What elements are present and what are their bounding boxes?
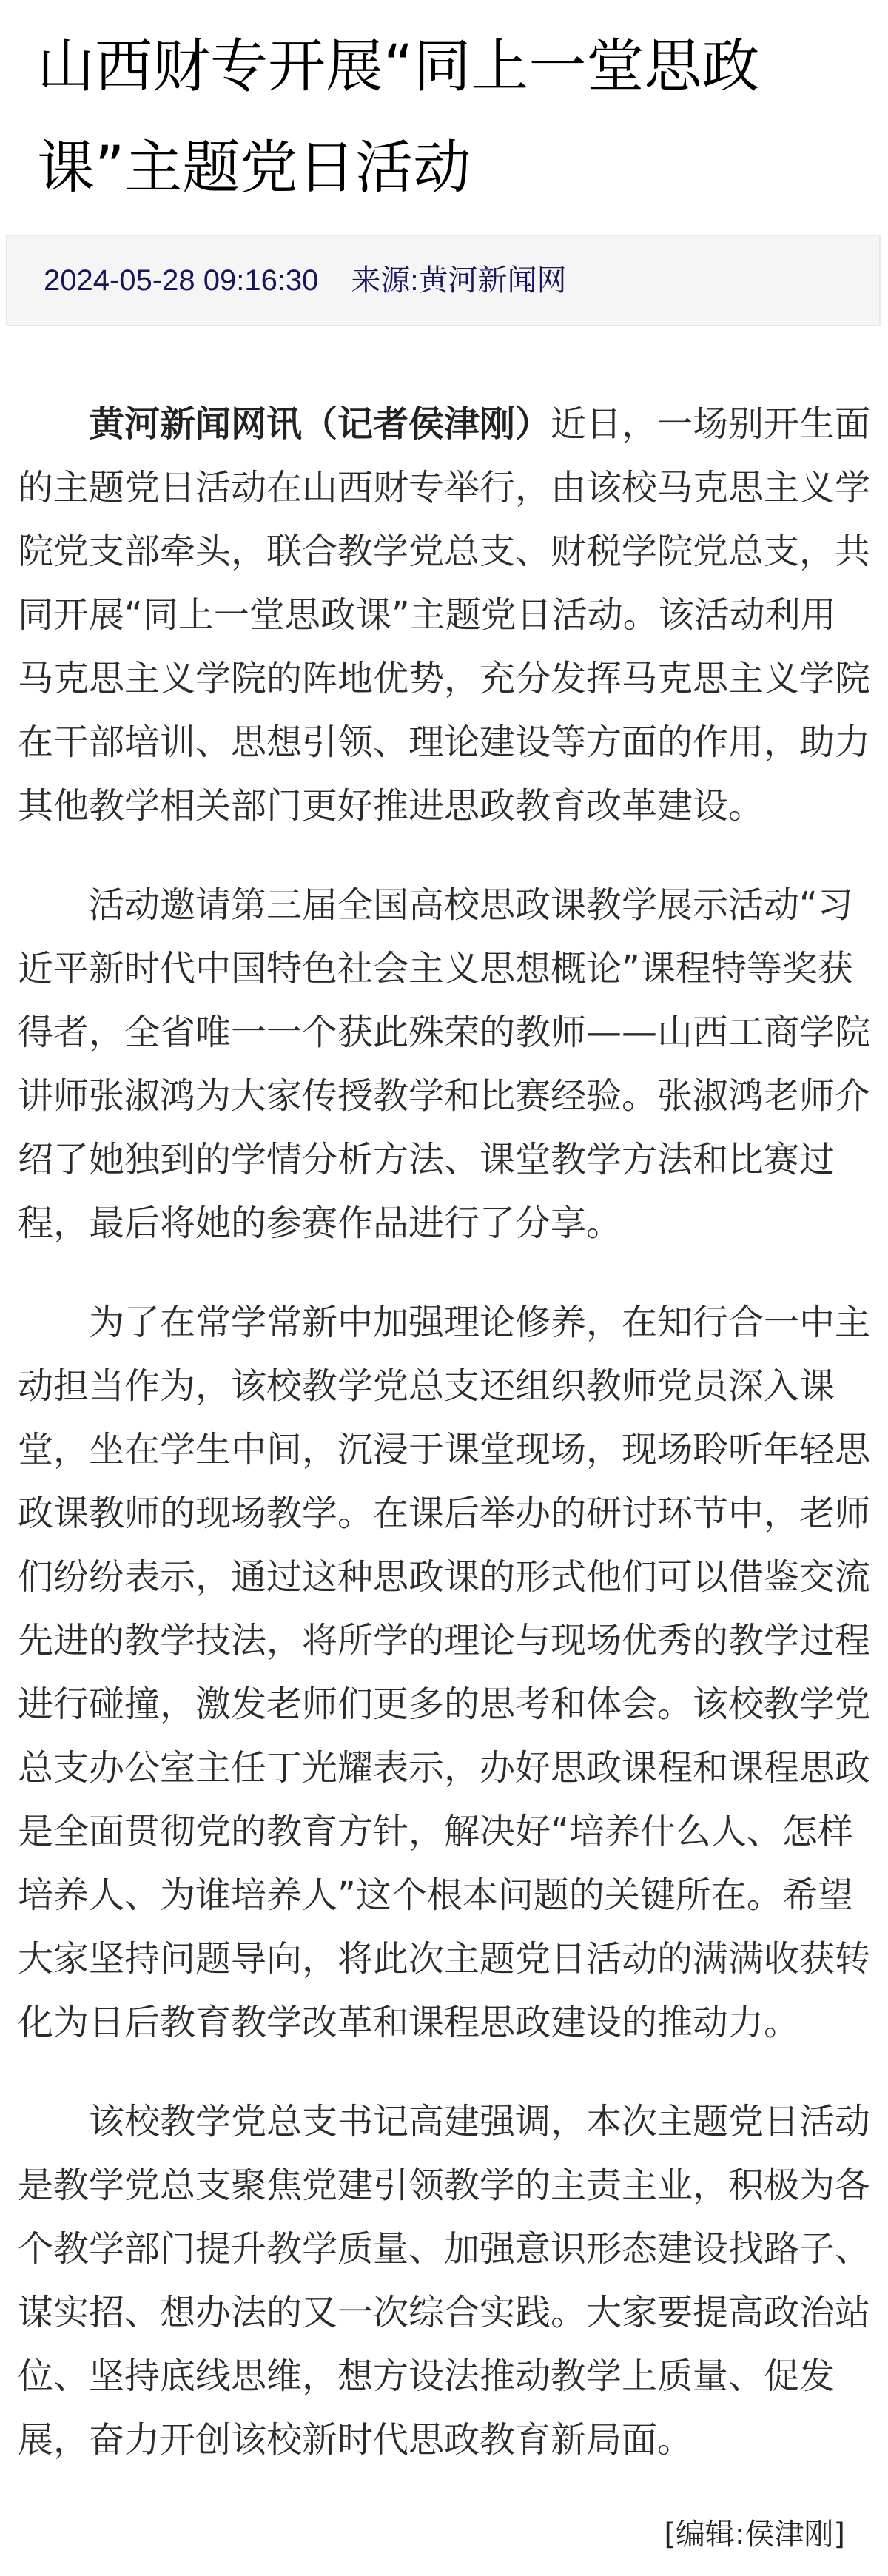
paragraph-line: 谋实招、想办法的又一次综合实践。大家要提高政治站 <box>18 2281 870 2344</box>
article-source: 来源:黄河新闻网 <box>351 264 566 297</box>
paragraph-line: 总支办公室主任丁光耀表示，办好思政课程和课程思政 <box>18 1736 870 1800</box>
paragraph-line: 动担当作为，该校教学党总支还组织教师党员深入课 <box>18 1354 870 1418</box>
paragraph-line: 个教学部门提升教学质量、加强意识形态建设找路子、 <box>18 2217 870 2281</box>
paragraph-line: 程，最后将她的参赛作品进行了分享。 <box>18 1191 870 1255</box>
paragraph-line: 先进的教学技法，将所学的理论与现场优秀的教学过程 <box>18 1609 870 1672</box>
paragraph-line: 进行碰撞，激发老师们更多的思考和体会。该校教学党 <box>18 1672 870 1736</box>
title-line: 课”主题党日活动 <box>37 118 866 219</box>
paragraph-line: 马克思主义学院的阵地优势，充分发挥马克思主义学院 <box>18 647 870 710</box>
paragraph-line: 位、坚持底线思维，想方设法推动教学上质量、促发 <box>18 2344 870 2408</box>
article-page: 山西财专开展“同上一堂思政 课”主题党日活动 2024-05-28 09:16:… <box>0 0 888 2576</box>
paragraph-line: 院党支部牵头，联合教学党总支、财税学院党总支，共 <box>18 519 870 583</box>
title-line: 山西财专开展“同上一堂思政 <box>37 16 866 118</box>
editor-credit: [编辑:侯津刚] <box>664 2512 845 2557</box>
article-body: 黄河新闻网讯（记者侯津刚）近日，一场别开生面 的主题党日活动在山西财专举行，由该… <box>18 392 870 2507</box>
dateline-lead: 黄河新闻网讯（记者侯津刚） <box>89 403 551 445</box>
paragraph-text: 近日，一场别开生面 <box>551 403 870 445</box>
paragraph-line: 活动邀请第三届全国高校思政课教学展示活动“习 <box>18 873 870 937</box>
paragraph-line: 黄河新闻网讯（记者侯津刚）近日，一场别开生面 <box>18 392 870 456</box>
paragraph-3: 为了在常学常新中加强理论修养，在知行合一中主 动担当作为，该校教学党总支还组织教… <box>18 1291 870 2054</box>
paragraph-line: 在干部培训、思想引领、理论建设等方面的作用，助力 <box>18 710 870 774</box>
paragraph-line: 同开展“同上一堂思政课”主题党日活动。该活动利用 <box>18 583 870 647</box>
paragraph-line: 绍了她独到的学情分析方法、课堂教学方法和比赛过 <box>18 1128 870 1191</box>
article-meta-bar: 2024-05-28 09:16:30来源:黄河新闻网 <box>6 235 881 326</box>
paragraph-line: 是教学党总支聚焦党建引领教学的主责主业，积极为各 <box>18 2153 870 2217</box>
paragraph-line: 是全面贯彻党的教育方针，解决好“培养什么人、怎样 <box>18 1800 870 1863</box>
paragraph-line: 的主题党日活动在山西财专举行，由该校马克思主义学 <box>18 456 870 519</box>
article-title: 山西财专开展“同上一堂思政 课”主题党日活动 <box>37 16 866 219</box>
paragraph-line: 政课教师的现场教学。在课后举办的研讨环节中，老师 <box>18 1482 870 1545</box>
paragraph-line: 大家坚持问题导向，将此次主题党日活动的满满收获转 <box>18 1927 870 1991</box>
paragraph-line: 们纷纷表示，通过这种思政课的形式他们可以借鉴交流 <box>18 1545 870 1609</box>
paragraph-line: 为了在常学常新中加强理论修养，在知行合一中主 <box>18 1291 870 1354</box>
paragraph-4: 该校教学党总支书记高建强调，本次主题党日活动 是教学党总支聚焦党建引领教学的主责… <box>18 2090 870 2472</box>
paragraph-2: 活动邀请第三届全国高校思政课教学展示活动“习 近平新时代中国特色社会主义思想概论… <box>18 873 870 1255</box>
paragraph-line: 近平新时代中国特色社会主义思想概论”课程特等奖获 <box>18 937 870 1001</box>
paragraph-line: 展，奋力开创该校新时代思政教育新局面。 <box>18 2408 870 2472</box>
publish-datetime: 2024-05-28 09:16:30 <box>44 264 318 297</box>
paragraph-line: 堂，坐在学生中间，沉浸于课堂现场，现场聆听年轻思 <box>18 1418 870 1482</box>
paragraph-line: 得者，全省唯一一个获此殊荣的教师——山西工商学院 <box>18 1001 870 1064</box>
paragraph-line: 该校教学党总支书记高建强调，本次主题党日活动 <box>18 2090 870 2153</box>
paragraph-line: 其他教学相关部门更好推进思政教育改革建设。 <box>18 774 870 838</box>
paragraph-1: 黄河新闻网讯（记者侯津刚）近日，一场别开生面 的主题党日活动在山西财专举行，由该… <box>18 392 870 838</box>
paragraph-line: 培养人、为谁培养人”这个根本问题的关键所在。希望 <box>18 1863 870 1927</box>
paragraph-line: 讲师张淑鸿为大家传授教学和比赛经验。张淑鸿老师介 <box>18 1064 870 1128</box>
paragraph-line: 化为日后教育教学改革和课程思政建设的推动力。 <box>18 1991 870 2054</box>
